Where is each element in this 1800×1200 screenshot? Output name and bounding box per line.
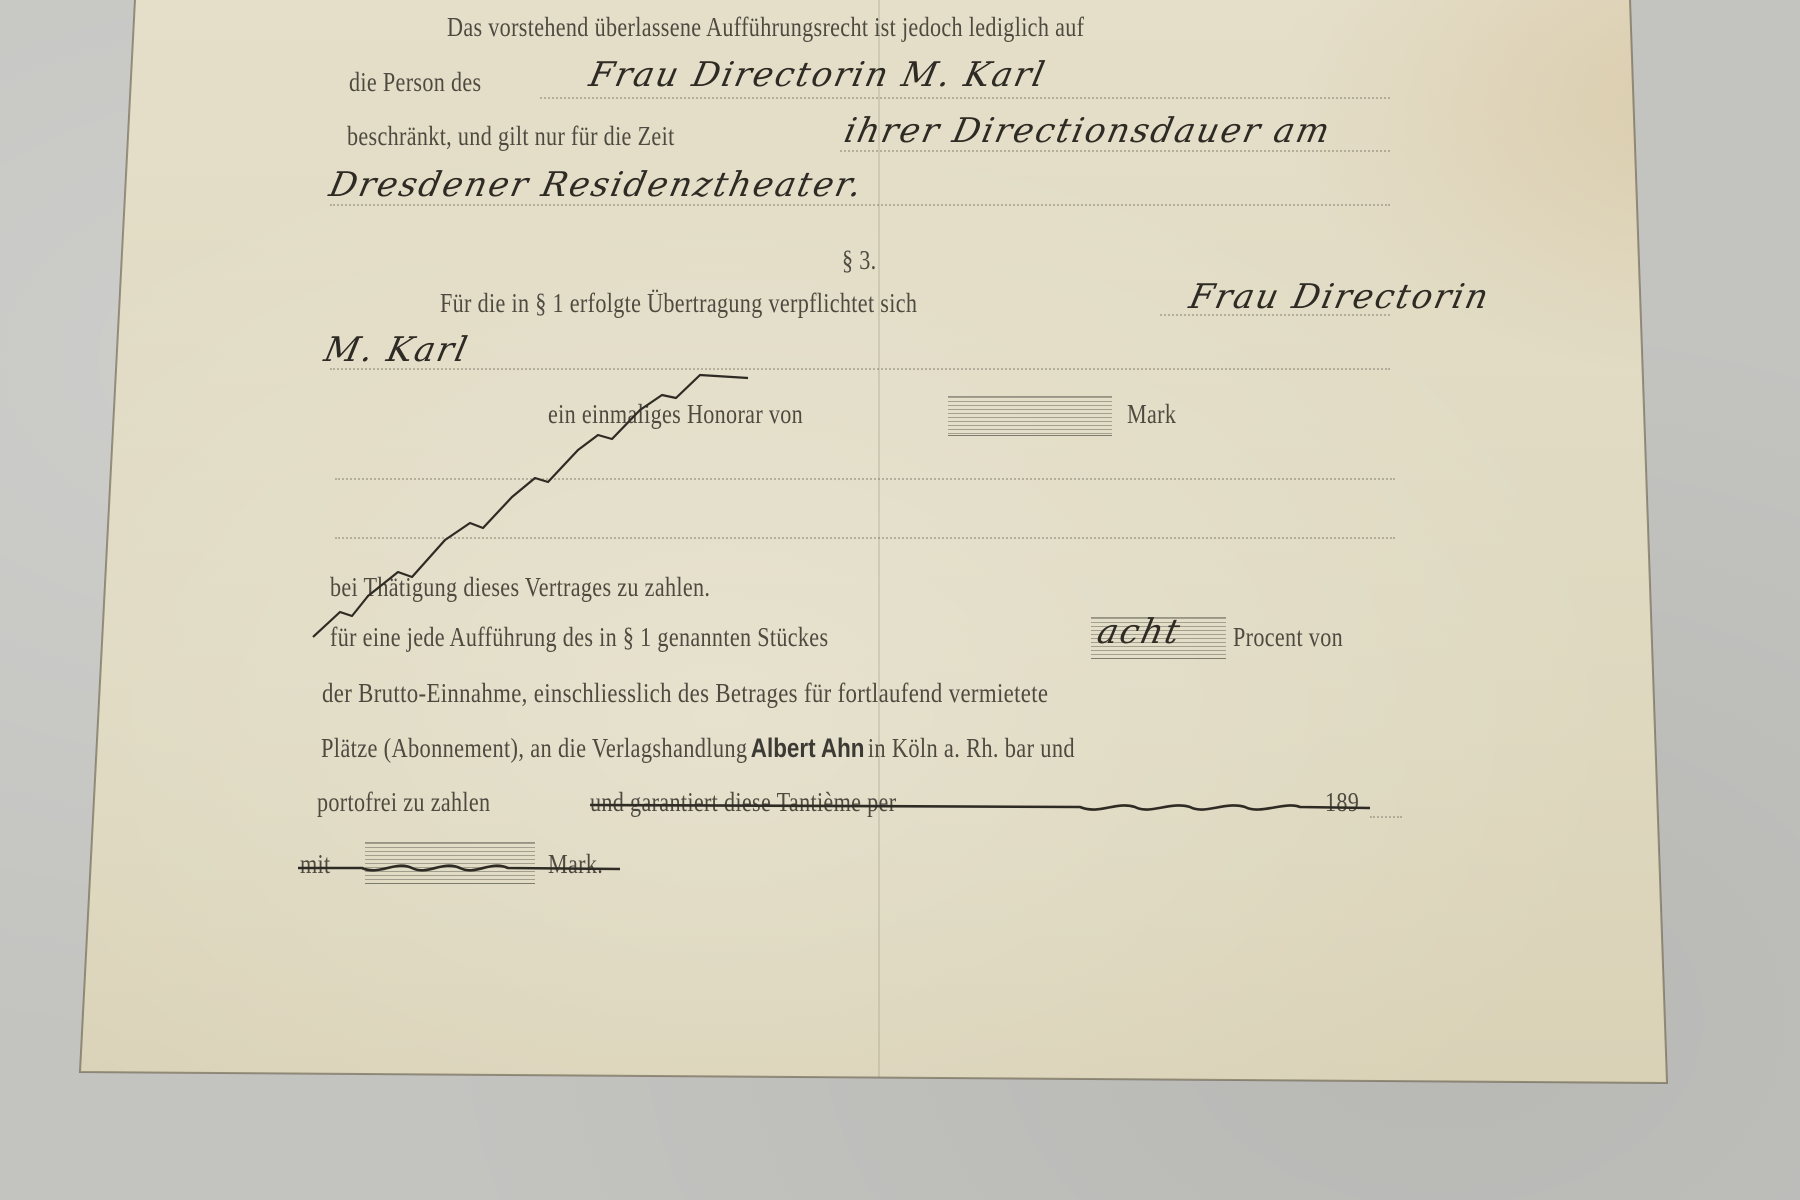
fill-line <box>1160 314 1390 316</box>
struck-mit: mit <box>300 849 331 880</box>
fill-line <box>335 478 1395 480</box>
text-fee: ein einmaliges Honorar von <box>548 399 803 430</box>
handwritten-period: ihrer Directionsdauer am <box>841 111 1335 151</box>
guarantee-amount-field <box>365 842 535 884</box>
text-fee-unit: Mark <box>1127 399 1176 430</box>
text-gross-income: der Brutto-Einnahme, einschliesslich des… <box>322 678 1048 709</box>
center-fold <box>878 0 880 1078</box>
handwritten-obligor: Frau Directorin <box>1186 277 1494 317</box>
document-paper <box>0 0 1800 1200</box>
fee-amount-field <box>948 396 1112 436</box>
text-publisher-pre: Plätze (Abonnement), an die Verlagshandl… <box>321 733 747 763</box>
section-heading: § 3. <box>842 245 877 276</box>
struck-guarantee-clause: und garantiert diese Tantième per <box>590 787 896 818</box>
fill-line <box>330 204 1390 206</box>
text-publisher-post: in Köln a. Rh. bar und <box>868 733 1075 763</box>
struck-mark: Mark. <box>548 849 603 880</box>
fill-line <box>335 537 1395 539</box>
handwritten-theatre: Dresdener Residenztheater. <box>326 165 867 205</box>
label-period: beschränkt, und gilt nur für die Zeit <box>347 121 675 152</box>
text-publisher-line: Plätze (Abonnement), an die Verlagshandl… <box>321 733 1075 764</box>
handwritten-person: Frau Directorin M. Karl <box>586 55 1050 95</box>
text-line-1: Das vorstehend überlassene Aufführungsre… <box>447 12 1084 43</box>
fill-line <box>330 368 1390 370</box>
fill-line <box>1370 816 1402 818</box>
fill-line <box>540 97 1390 99</box>
publisher-name: Albert Ahn <box>751 733 865 763</box>
handwritten-percent: acht <box>1094 612 1185 652</box>
text-royalty-unit: Procent von <box>1233 622 1343 653</box>
label-person: die Person des <box>349 67 481 98</box>
text-obligation: Für die in § 1 erfolgte Übertragung verp… <box>440 288 917 319</box>
text-postage-free: portofrei zu zahlen <box>317 787 490 818</box>
handwritten-obligor-name: M. Karl <box>321 330 473 370</box>
text-payment-timing: bei Thätigung dieses Vertrages zu zahlen… <box>330 572 710 603</box>
fill-line <box>840 150 1390 152</box>
struck-year: 189 <box>1325 787 1359 818</box>
text-royalty: für eine jede Aufführung des in § 1 gena… <box>330 622 828 653</box>
